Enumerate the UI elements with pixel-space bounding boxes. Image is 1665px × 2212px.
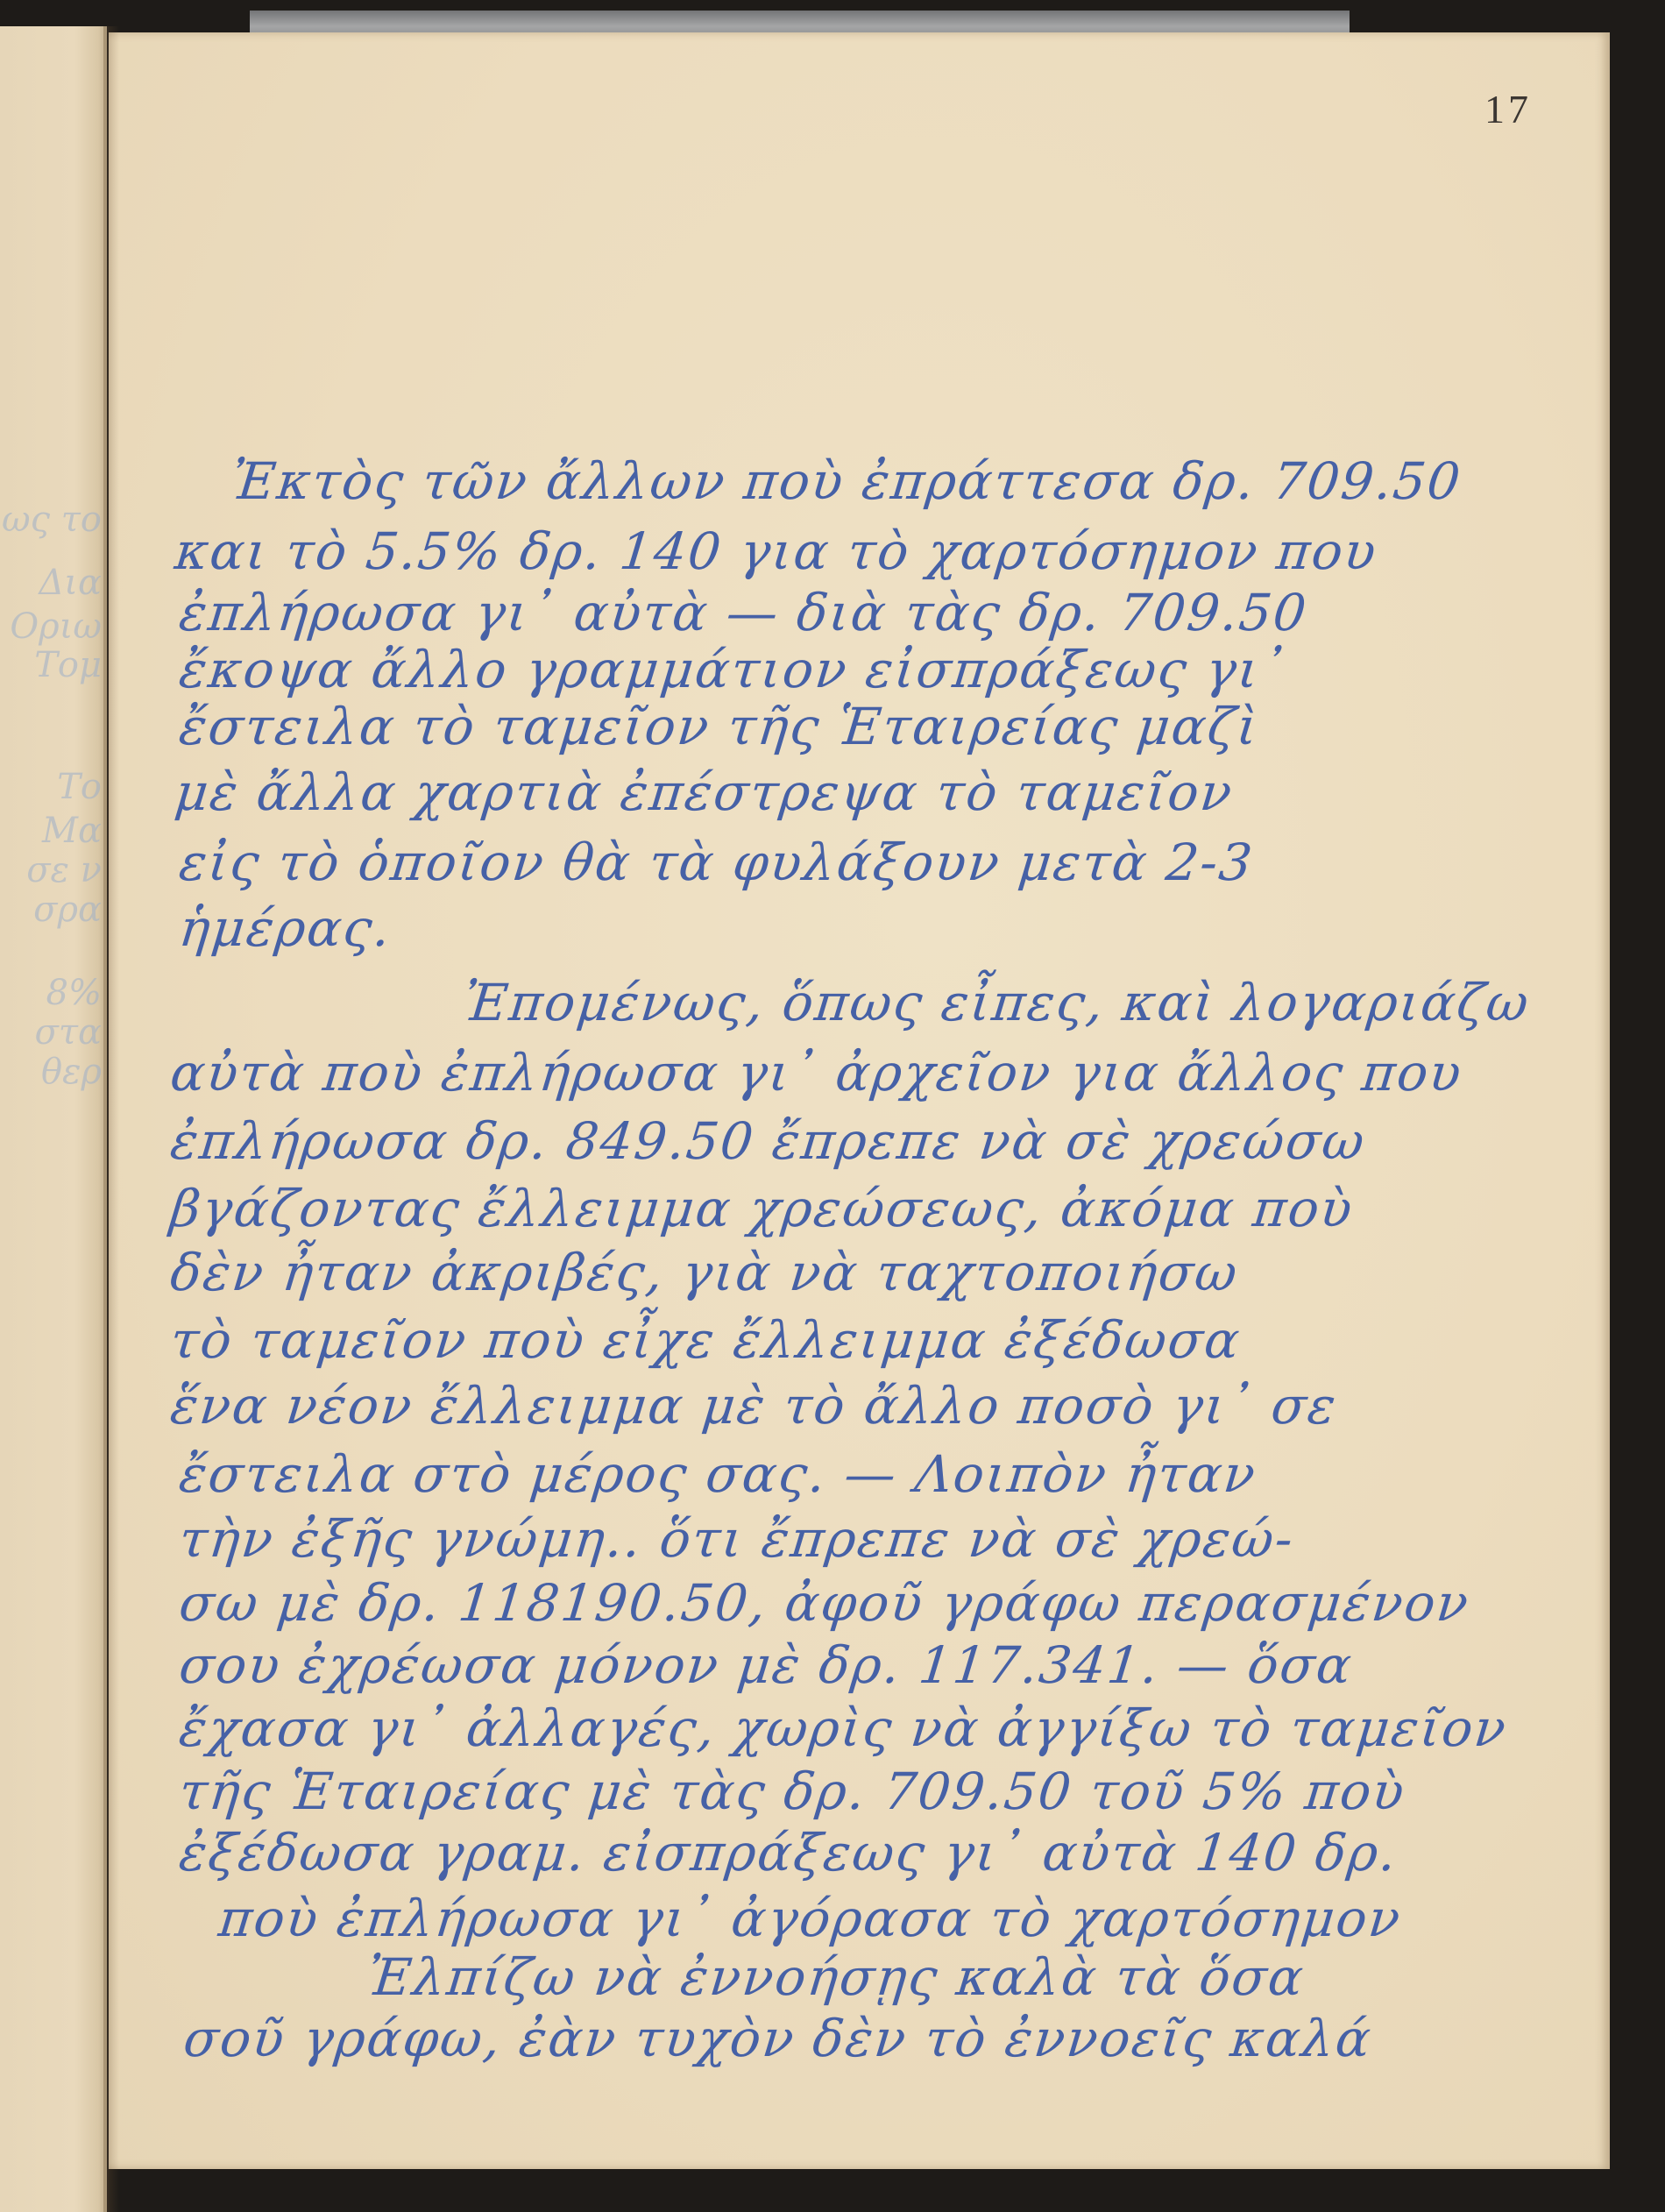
bleed-text: Τομ	[34, 645, 102, 685]
bleed-text: θερ	[41, 1052, 102, 1092]
bleed-text: Δια	[39, 563, 102, 603]
book-gutter	[103, 26, 119, 2212]
handwritten-line-18: σω μὲ δρ. 118190.50, ἀφοῦ γράφω περασμέν…	[176, 1573, 1472, 1633]
handwritten-line-15: ἕνα νέον ἔλλειμμα μὲ τὸ ἄλλο ποσὸ γι᾽ σε	[167, 1376, 1340, 1436]
handwritten-line-20: ἔχασα γι᾽ ἀλλαγές, χωρὶς νὰ ἀγγίξω τὸ τα…	[176, 1698, 1510, 1758]
handwritten-line-1: Ἐκτὸς τῶν ἄλλων ποὺ ἐπράττεσα δρ. 709.50	[229, 451, 1464, 511]
handwritten-line-3: ἐπλήρωσα γι᾽ αὐτὰ — διὰ τὰς δρ. 709.50	[176, 583, 1310, 642]
left-page-edge: ως το Δια Οριω Τομ Το Μα σε ν σρα 8% στα…	[0, 26, 107, 2212]
bleed-text: Οριω	[10, 606, 102, 647]
handwritten-line-14: τὸ ταμεῖον ποὺ εἶχε ἔλλειμμα ἐξέδωσα	[167, 1310, 1243, 1370]
bleed-text: στα	[35, 1012, 102, 1053]
handwritten-line-24: Ἐλπίζω νὰ ἐννοήσῃς καλὰ τὰ ὅσα	[365, 1947, 1307, 2007]
page-number: 17	[1484, 86, 1532, 132]
bleed-text: 8%	[46, 973, 102, 1013]
handwritten-line-13: δὲν ἦταν ἀκριβές, γιὰ νὰ ταχτοποιήσω	[167, 1243, 1241, 1302]
handwritten-line-19: σου ἐχρέωσα μόνον μὲ δρ. 117.341. — ὅσα	[176, 1635, 1356, 1695]
bleed-text: σρα	[33, 890, 102, 930]
handwritten-line-17: τὴν ἐξῆς γνώμη.. ὅτι ἔπρεπε νὰ σὲ χρεώ-	[176, 1509, 1297, 1569]
handwritten-line-9: Ἐπομένως, ὅπως εἶπες, καὶ λογαριάζω	[461, 973, 1533, 1032]
handwritten-line-11: ἐπλήρωσα δρ. 849.50 ἔπρεπε νὰ σὲ χρεώσω	[167, 1111, 1368, 1171]
bleed-text: σε ν	[26, 850, 102, 890]
bleed-text: Μα	[42, 811, 102, 851]
handwritten-line-10: αὐτὰ ποὺ ἐπλήρωσα γι᾽ ἀρχεῖον για ἄλλος …	[167, 1043, 1465, 1102]
handwritten-line-5: ἔστειλα τὸ ταμεῖον τῆς Ἑταιρείας μαζὶ	[176, 697, 1262, 756]
handwritten-line-4: ἔκοψα ἄλλο γραμμάτιον εἰσπράξεως γι᾽	[176, 640, 1290, 699]
handwritten-line-6: μὲ ἄλλα χαρτιὰ ἐπέστρεψα τὸ ταμεῖον	[172, 762, 1236, 822]
bleed-text: ως το	[2, 500, 102, 540]
bleed-text: Το	[57, 767, 102, 807]
handwritten-line-23: ποὺ ἐπλήρωσα γι᾽ ἀγόρασα τὸ χαρτόσημον	[216, 1889, 1404, 1948]
handwritten-line-8: ἡμέρας.	[176, 898, 394, 958]
handwritten-line-16: ἔστειλα στὸ μέρος σας. — Λοιπὸν ἦταν	[176, 1444, 1259, 1504]
handwritten-line-25: σοῦ γράφω, ἐὰν τυχὸν δὲν τὸ ἐννοεῖς καλά	[181, 2009, 1375, 2068]
handwritten-line-7: εἰς τὸ ὁποῖον θὰ τὰ φυλάξουν μετὰ 2-3	[176, 833, 1256, 892]
handwritten-line-12: βγάζοντας ἔλλειμμα χρεώσεως, ἀκόμα ποὺ	[167, 1179, 1357, 1238]
handwritten-line-2: και τὸ 5.5% δρ. 140 για τὸ χαρτόσημον πο…	[172, 521, 1380, 581]
handwritten-line-21: τῆς Ἑταιρείας μὲ τὰς δρ. 709.50 τοῦ 5% π…	[176, 1762, 1408, 1821]
handwritten-line-22: ἐξέδωσα γραμ. εἰσπράξεως γι᾽ αὐτὰ 140 δρ…	[176, 1823, 1400, 1882]
